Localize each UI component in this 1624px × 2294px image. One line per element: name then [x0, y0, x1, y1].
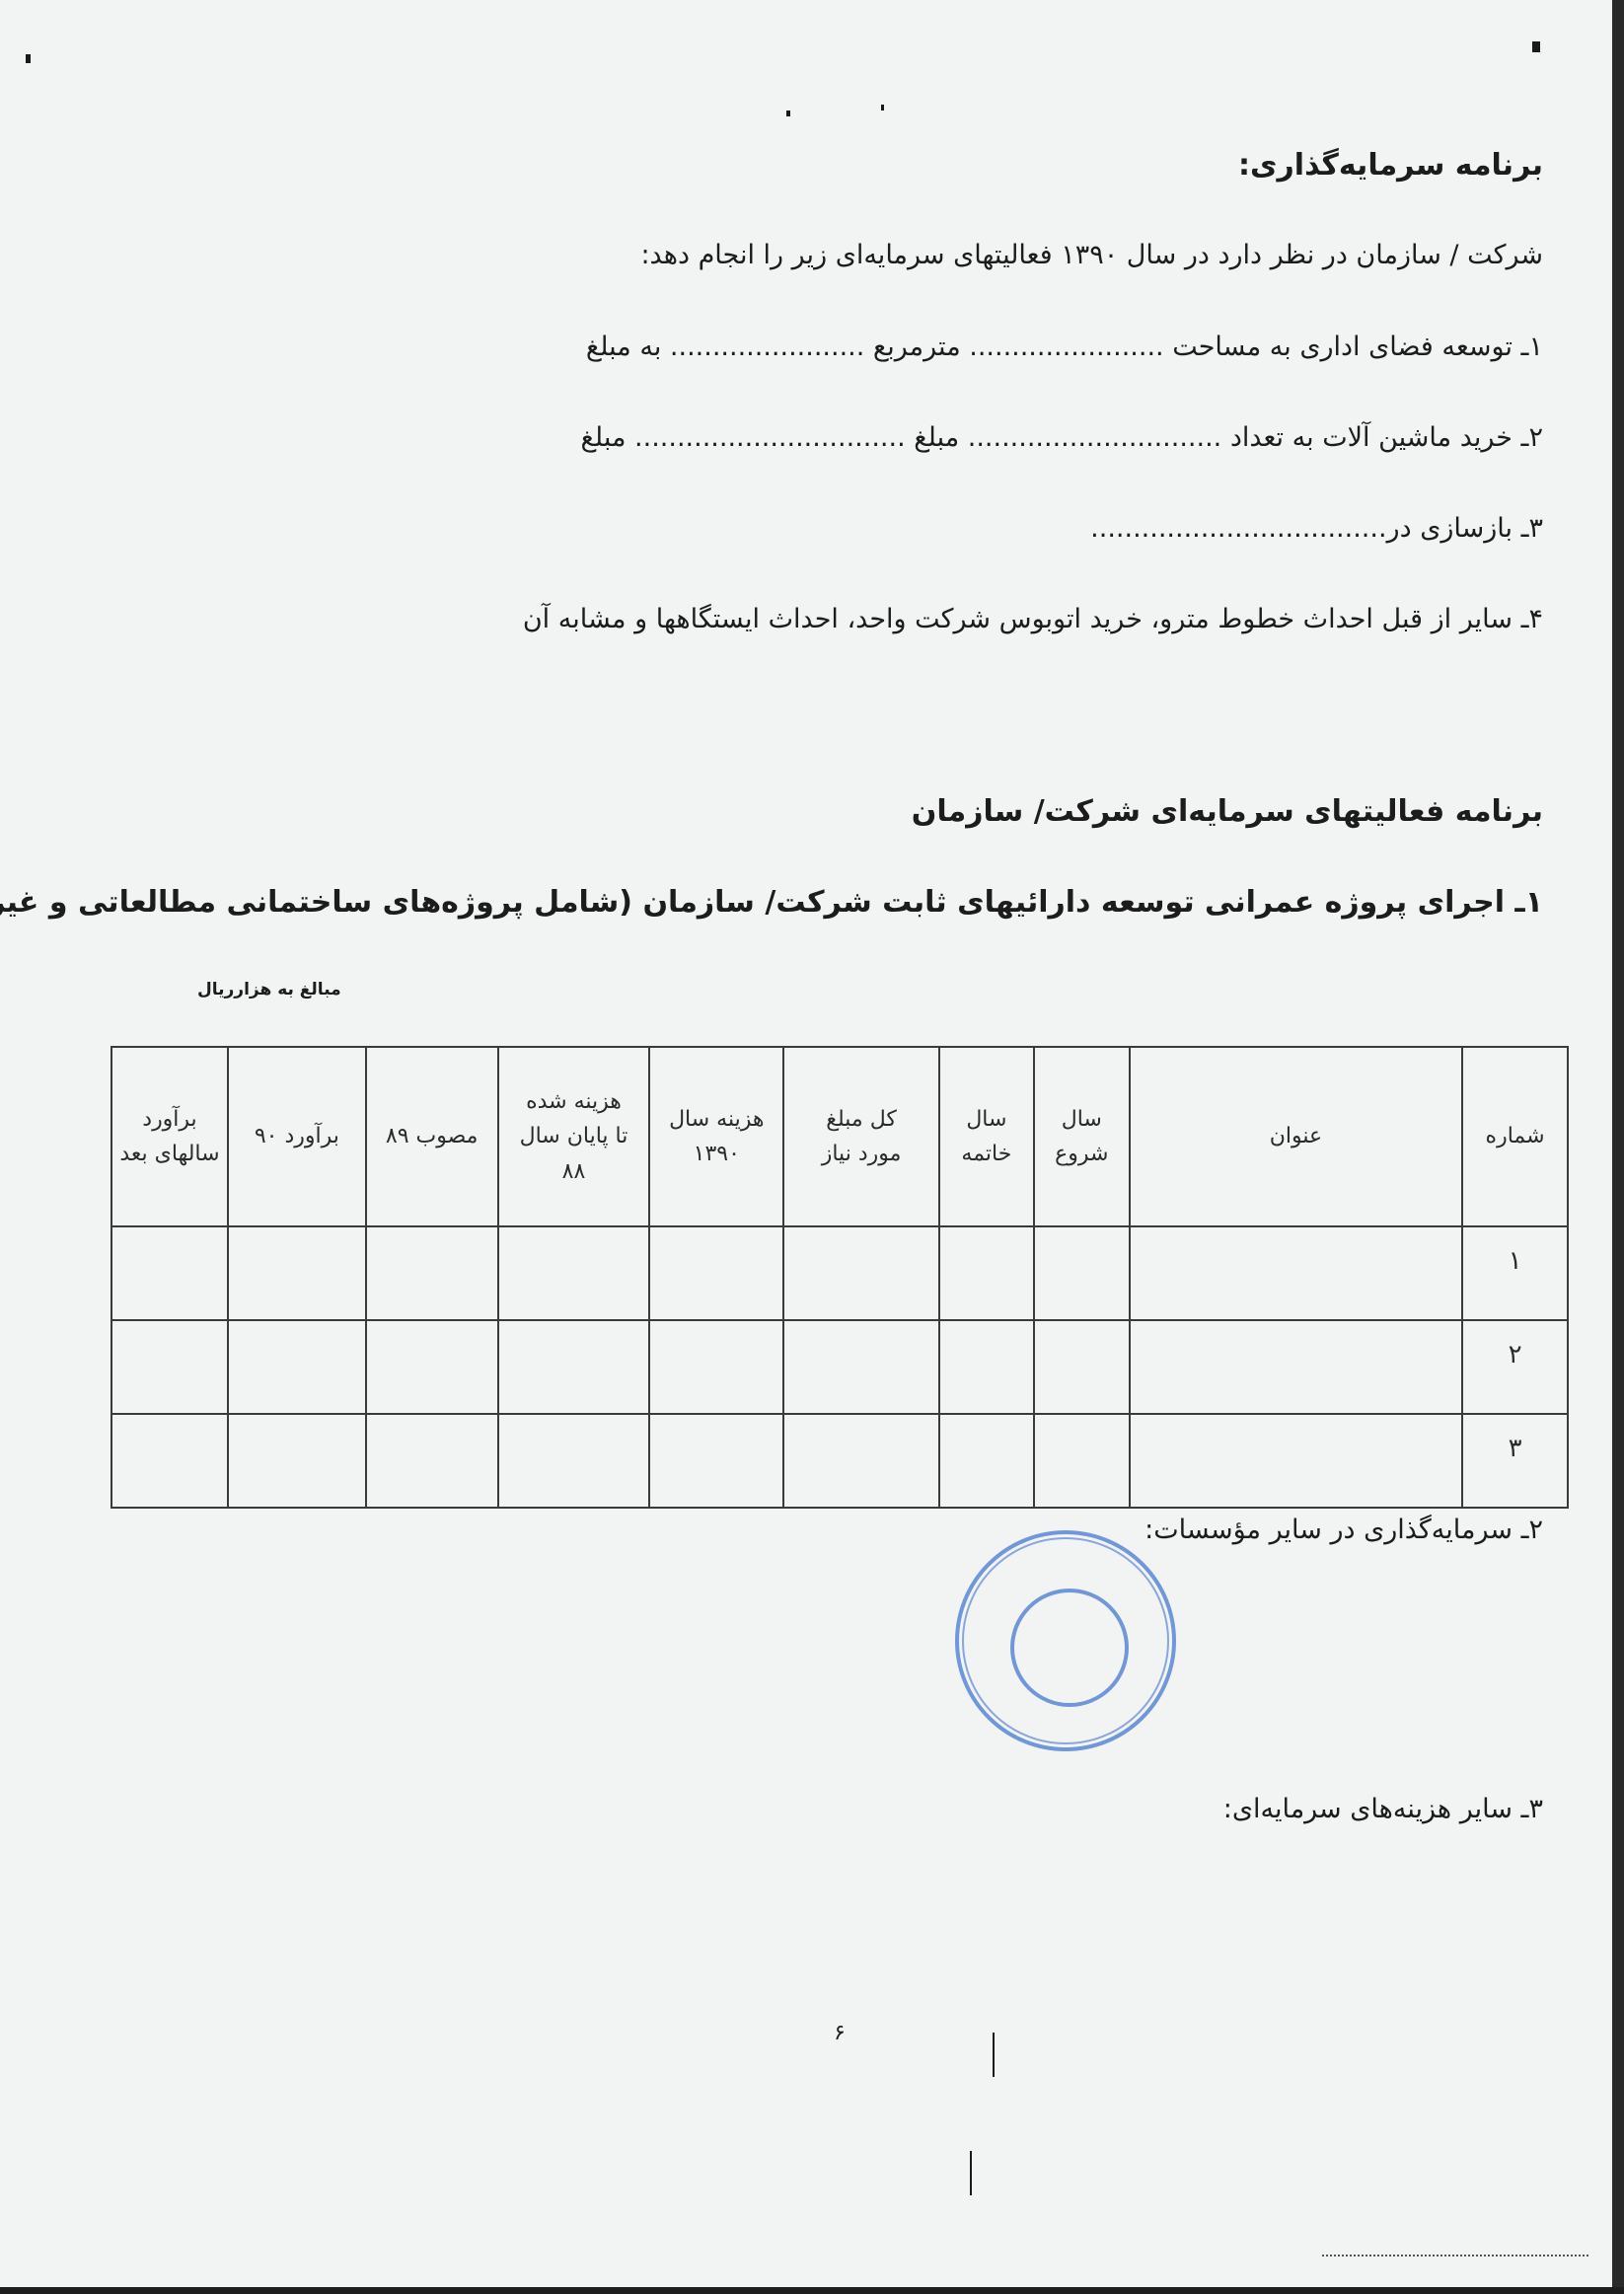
header-total-line2: مورد نیاز: [784, 1137, 938, 1171]
projects-table: شماره عنوان سال شروع سال خاتمه کل مبلغ م…: [111, 1046, 1569, 1509]
scanned-page: برنامه سرمایه‌گذاری: شرکت / سازمان در نظ…: [0, 0, 1612, 2287]
scan-speck-icon: [786, 111, 790, 116]
header-approved-89: مصوب ۸۹: [366, 1047, 498, 1226]
cell-start-year[interactable]: [1034, 1414, 1130, 1508]
header-later-line2: سالهای بعد: [112, 1137, 227, 1171]
cell-spent-until-88[interactable]: [498, 1414, 650, 1508]
cell-end-year[interactable]: [939, 1320, 1034, 1414]
header-total-needed: کل مبلغ مورد نیاز: [783, 1047, 939, 1226]
header-spent-line2: تا پایان سال: [499, 1119, 649, 1153]
cell-approved-89[interactable]: [366, 1414, 498, 1508]
cell-end-year[interactable]: [939, 1414, 1034, 1508]
header-title: عنوان: [1130, 1047, 1462, 1226]
footer-divider: [1322, 2255, 1588, 2257]
stamp-text: شورای اسلامی شهر تهران: [949, 1524, 960, 1530]
svg-text:شورای اسلامی شهر تهران: شورای اسلامی شهر تهران: [949, 1524, 960, 1530]
subsection-title-other-costs: ۳ـ سایر هزینه‌های سرمایه‌ای:: [1223, 1794, 1543, 1824]
section-title: برنامه فعالیتهای سرمایه‌ای شرکت/ سازمان: [912, 794, 1543, 829]
cell-total-needed[interactable]: [783, 1320, 939, 1414]
cell-total-needed[interactable]: [783, 1226, 939, 1320]
list-item-machinery: ۲ـ خرید ماشین آلات به تعداد ............…: [581, 422, 1543, 453]
cell-number: ۱: [1462, 1226, 1568, 1320]
cell-spent-until-88[interactable]: [498, 1320, 650, 1414]
cell-title[interactable]: [1130, 1320, 1462, 1414]
cell-estimate-later[interactable]: [111, 1226, 228, 1320]
cell-end-year[interactable]: [939, 1226, 1034, 1320]
cell-cost-1390[interactable]: [649, 1226, 783, 1320]
subsection-title-projects: ۱ـ اجرای پروژه عمرانی توسعه دارائیهای ثا…: [0, 885, 1543, 920]
unit-note: مبالغ به هزارریال: [197, 980, 341, 999]
list-item-renovation: ۳ـ بازسازی در...........................…: [1090, 513, 1543, 544]
list-item-other: ۴ـ سایر از قبل احداث خطوط مترو، خرید اتو…: [523, 604, 1543, 634]
intro-paragraph: شرکت / سازمان در نظر دارد در سال ۱۳۹۰ فع…: [640, 240, 1543, 270]
table-row: ۱: [111, 1226, 1568, 1320]
cell-title[interactable]: [1130, 1226, 1462, 1320]
header-spent-until-88: هزینه شده تا پایان سال ۸۸: [498, 1047, 650, 1226]
cell-title[interactable]: [1130, 1414, 1462, 1508]
header-end-year-line1: سال: [940, 1102, 1033, 1137]
scan-speck-icon: [881, 105, 884, 111]
cell-cost-1390[interactable]: [649, 1320, 783, 1414]
header-total-line1: کل مبلغ: [784, 1102, 938, 1137]
cell-start-year[interactable]: [1034, 1320, 1130, 1414]
header-end-year: سال خاتمه: [939, 1047, 1034, 1226]
header-end-year-line2: خاتمه: [940, 1137, 1033, 1171]
cell-approved-89[interactable]: [366, 1226, 498, 1320]
cell-approved-89[interactable]: [366, 1320, 498, 1414]
header-estimate-90: برآورد ۹۰: [228, 1047, 366, 1226]
header-later-line1: برآورد: [112, 1102, 227, 1137]
table-header-row: شماره عنوان سال شروع سال خاتمه کل مبلغ م…: [111, 1047, 1568, 1226]
cell-estimate-later[interactable]: [111, 1414, 228, 1508]
cell-estimate-later[interactable]: [111, 1320, 228, 1414]
cell-number: ۲: [1462, 1320, 1568, 1414]
page-number: ۶: [834, 2021, 846, 2045]
cell-total-needed[interactable]: [783, 1414, 939, 1508]
cell-cost-1390[interactable]: [649, 1414, 783, 1508]
cell-estimate-90[interactable]: [228, 1226, 366, 1320]
list-item-office-space: ۱ـ توسعه فضای اداری به مساحت ...........…: [586, 332, 1543, 362]
header-number: شماره: [1462, 1047, 1568, 1226]
header-estimate-later: برآورد سالهای بعد: [111, 1047, 228, 1226]
cell-number: ۳: [1462, 1414, 1568, 1508]
header-start-year-line2: شروع: [1035, 1137, 1129, 1171]
scan-edge-bottom: [0, 2287, 1624, 2294]
header-start-year: سال شروع: [1034, 1047, 1130, 1226]
pen-mark-icon: [993, 2033, 995, 2077]
scan-speck-icon: [1532, 41, 1540, 52]
table-row: ۳: [111, 1414, 1568, 1508]
cell-spent-until-88[interactable]: [498, 1226, 650, 1320]
page-heading: برنامه سرمایه‌گذاری:: [1238, 148, 1543, 183]
cell-start-year[interactable]: [1034, 1226, 1130, 1320]
scan-speck-icon: [26, 54, 31, 63]
header-spent-line1: هزینه شده: [499, 1084, 649, 1119]
scan-edge-right: [1612, 0, 1624, 2294]
pen-mark-icon: [970, 2151, 972, 2195]
table-row: ۲: [111, 1320, 1568, 1414]
header-cost-line2: ۱۳۹۰: [650, 1137, 782, 1171]
header-cost-line1: هزینه سال: [650, 1102, 782, 1137]
subsection-title-investments: ۲ـ سرمایه‌گذاری در سایر مؤسسات:: [1144, 1515, 1543, 1545]
cell-estimate-90[interactable]: [228, 1414, 366, 1508]
header-spent-line3: ۸۸: [499, 1154, 649, 1189]
official-stamp-icon: شورای اسلامی شهر تهران: [949, 1524, 1182, 1757]
header-cost-1390: هزینه سال ۱۳۹۰: [649, 1047, 783, 1226]
header-start-year-line1: سال: [1035, 1102, 1129, 1137]
cell-estimate-90[interactable]: [228, 1320, 366, 1414]
